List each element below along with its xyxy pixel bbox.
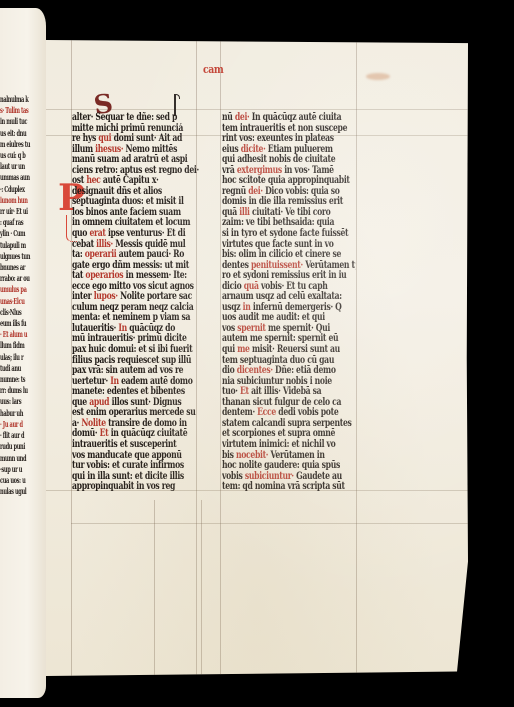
verso-text-line: llum fidm (0, 340, 45, 351)
verso-text-line: rudu puni (0, 441, 45, 452)
rubric-word: apud (89, 397, 109, 408)
ruling-line (201, 500, 202, 676)
text-line: tuo· Et ait illis· Videbā sa (222, 386, 355, 397)
rubric-word: lupos· (94, 291, 118, 302)
verso-text-line: : quaf ras (0, 217, 45, 228)
verso-text-line: clis·Nlus (0, 307, 45, 318)
text-line: que apud illos sunt· Dignus (72, 397, 205, 408)
verso-text-line: tudi anu (0, 363, 45, 374)
verso-text-line: in muli tuc (0, 116, 45, 127)
text-line: los binos ante faciem suam (72, 207, 205, 218)
verso-text-line: rr uir· Et ui (0, 206, 45, 217)
text-line: mū intraueritis· primū dicite (72, 333, 205, 344)
verso-text-line: habur uh (0, 408, 45, 419)
text-line: uertetur· In eadem autē domo (72, 376, 205, 387)
parchment-stain (366, 73, 390, 80)
text-line: domis in die illa remissius erit (222, 196, 355, 207)
rubric-word: quā (244, 281, 259, 292)
text-line: dentes penituissent· Verūtamen ty (222, 260, 355, 271)
rubric-word: dicite· (241, 144, 266, 155)
text-line: quā illi ciuitati· Ve tibi coro (222, 207, 355, 218)
rubric-word: In (110, 376, 119, 387)
running-head: cam (203, 63, 223, 76)
verso-text-line: eum ilis fu (0, 318, 45, 329)
verso-text-line: ulas; ilu r (0, 352, 45, 363)
text-line: culum neqz peram neqz calcia (72, 302, 205, 313)
verso-text-line: unas·Elcu (0, 296, 45, 307)
text-column-left: alter· Sequar te dñe: sed pmitte michi p… (72, 112, 204, 492)
text-line: tem: qd nomina vrā scripta sūt (222, 481, 355, 492)
verso-text-line: munn und (0, 453, 45, 464)
rubric-word: Nolite (81, 418, 105, 429)
rubric-word: ihesus· (95, 144, 123, 155)
verso-text-line: bnunes ar (0, 262, 45, 273)
ruling-line (71, 523, 468, 524)
verso-text-line: ·: Cduplex (0, 184, 45, 195)
text-line: virtutem inimici: et nichil vo (222, 439, 355, 450)
verso-text-line: ulgnues tun (0, 251, 45, 262)
verso-text-line: · Et alum u (0, 329, 45, 340)
rubric-word: erat (89, 228, 105, 239)
rubric-word: extergimus (237, 165, 282, 176)
text-line: ro et sydoni remissius erit in iu (222, 270, 355, 281)
text-line: ta: operarii autem pauci· Ro (72, 249, 205, 260)
text-line: pax huic domui: et si ibi fuerit (72, 344, 205, 355)
verso-text-line: umulus pa (0, 284, 45, 295)
text-line: thanan sicut fulgur de celo ca (222, 397, 355, 408)
text-line: statem calcandi supra serpentes (222, 418, 355, 429)
text-line: qui me misit· Reuersi sunt au (222, 344, 355, 355)
text-line: cebat illis· Messis quidē mul (72, 239, 205, 250)
text-line: qui adhesit nobis de ciuitate (222, 154, 355, 165)
text-line: bis nocebit· Verūtamen in (222, 450, 355, 461)
text-line: vos manducate que apponū (72, 450, 205, 461)
text-line: autem me spernit: spernit eū (222, 333, 355, 344)
rubric-word: Et (240, 386, 249, 397)
text-line: hoc scitote quia appropinquabit (222, 175, 355, 186)
rubric-word: nocebit· (236, 450, 268, 461)
verso-text-block: nalnulma ks· Tulim tas in muli tuc us ei… (0, 94, 45, 497)
verso-text-line: tulapuli m (0, 240, 45, 251)
verso-text-line: nulas ugul (0, 486, 45, 497)
text-line: virtutes que facte sunt in vo (222, 239, 355, 250)
text-line: manū suam ad aratrū et aspi (72, 154, 205, 165)
text-line: filius pacis requiescet sup illū (72, 355, 205, 366)
text-line: zaim: ve tibi bethsaida: quia (222, 217, 355, 228)
text-line: regnū dei· Dico vobis: quia so (222, 186, 355, 197)
rubric-word: operarii (85, 249, 117, 260)
verso-text-line: s· Tulim tas (0, 105, 45, 116)
verso-text-line: cua uos: u (0, 475, 45, 486)
rubric-word: illis· (96, 239, 113, 250)
text-line: menta: et neminem p viam sa (72, 312, 205, 323)
rubric-word: Ecce (257, 407, 276, 418)
text-line: ost hec autē Capitu x· (72, 175, 205, 186)
rubric-word: Et (100, 428, 109, 439)
text-line: arnaum usqz ad celū exaltata: (222, 291, 355, 302)
verso-text-line: ylin · Cum (0, 228, 45, 239)
text-line: in omnem ciuitatem et locum (72, 217, 205, 228)
text-line: tat operarios in messem· Ite: (72, 270, 205, 281)
text-line: uos audit me audit: et qui (222, 312, 355, 323)
rubric-word: dei· (235, 112, 250, 123)
text-line: dio dicentes· Dñe: etiā demo (222, 365, 355, 376)
verso-text-line: iunom hun (0, 195, 45, 206)
text-line: vos spernit me spernit· Qui (222, 323, 355, 334)
text-line: intraueritis et susceperint (72, 439, 205, 450)
verso-text-line: · Ju aur d (0, 419, 45, 430)
verso-text-line: m eiulres tu (0, 139, 45, 150)
rubric-word: hec (86, 175, 100, 186)
verso-text-line: us eit: dnu (0, 128, 45, 139)
text-line: vobis subiciuntur· Gaudete au (222, 471, 355, 482)
verso-text-line: ·sup ur u (0, 464, 45, 475)
rubric-word: qui (98, 133, 111, 144)
text-line: ciens retro: aptus est regno dei· (72, 165, 205, 176)
text-line: et scorpiones et supra omnē (222, 428, 355, 439)
verso-text-line: laut ur un (0, 161, 45, 172)
text-line: qui in illa sunt: et dicite illis (72, 471, 205, 482)
rubric-word: in (243, 302, 251, 313)
verso-text-line: us cui: q b (0, 150, 45, 161)
text-line: inter lupos· Nolite portare sac (72, 291, 205, 302)
rubric-word: dicentes· (237, 365, 273, 376)
text-line: hoc nolite gaudere: quia spūs (222, 460, 355, 471)
verso-page: nalnulma ks· Tulim tas in muli tuc us ei… (0, 8, 46, 698)
verso-text-line: nalnulma k (0, 94, 45, 105)
rubric-word: subiciuntur· (245, 471, 294, 482)
verso-text-line: rr: dums lu (0, 385, 45, 396)
text-line: dentem· Ecce dedi vobis pote (222, 407, 355, 418)
text-line: quo erat ipse venturus· Et di (72, 228, 205, 239)
text-line: designauit dñs et alios (72, 186, 205, 197)
text-line: gate ergo dñm messis: ut mit (72, 260, 205, 271)
rubric-word: In (118, 323, 127, 334)
text-line: dicio quā vobis· Et tu caph (222, 281, 355, 292)
text-line: pax vrā: sin autem ad vos re (72, 365, 205, 376)
text-line: si in tyro et sydone facte fuissēt (222, 228, 355, 239)
text-line: re hys qui domi sunt· Ait ad (72, 133, 205, 144)
verso-text-line: uus: lars (0, 396, 45, 407)
text-line: illum ihesus· Nemo mittēs (72, 144, 205, 155)
text-line: mitte michi primū renunciá (72, 123, 205, 134)
text-line: rint vos: exeuntes in plateas (222, 133, 355, 144)
recto-page: cam S P alter· Sequar te dñe: sed pmitte… (46, 40, 468, 676)
text-line: a· Nolite transire de domo in (72, 418, 205, 429)
rubric-word: illi (239, 207, 249, 218)
text-line: est enim operarius mercede su (72, 407, 205, 418)
text-line: ecce ego mitto vos sicut agnos (72, 281, 205, 292)
text-column-right: nū dei· In quācūqz autē ciuitatem intrau… (222, 112, 355, 492)
text-line: usqz in infernū demergeris· Q (222, 302, 355, 313)
verso-text-line: numne: ts (0, 374, 45, 385)
text-line: eius dicite· Etiam puluerem (222, 144, 355, 155)
text-line: tem intraueritis et non suscepe (222, 123, 355, 134)
text-line: nū dei· In quācūqz autē ciuita (222, 112, 355, 123)
rubric-word: me (237, 344, 249, 355)
text-line: appropinquabit in vos reg (72, 481, 205, 492)
rubric-word: operarios (85, 270, 123, 281)
text-line: alter· Sequar te dñe: sed p (72, 112, 205, 123)
text-line: vrā extergimus in vos· Tamē (222, 165, 355, 176)
verso-text-line: · flit aur d (0, 430, 45, 441)
verso-text-line: ummas aun (0, 172, 45, 183)
rubric-word: penituissent· (251, 260, 303, 271)
text-line: nia subiciuntur nobis i noie (222, 376, 355, 387)
text-line: domū· Et in quācūqz ciuitatē (72, 428, 205, 439)
text-line: tur vobis: et curate infirmos (72, 460, 205, 471)
rubric-word: dei· (248, 186, 263, 197)
text-line: tem septuaginta duo cū gau (222, 355, 355, 366)
ruling-line (154, 500, 155, 676)
text-line: bis: olim in cilicio et cinere se (222, 249, 355, 260)
text-line: lutaueritis· In quācūqz do (72, 323, 205, 334)
verso-text-line: rrabo: ar ou (0, 273, 45, 284)
text-line: manete: edentes et bibentes (72, 386, 205, 397)
rubric-word: spernit (237, 323, 265, 334)
text-line: septuaginta duos: et misit il (72, 196, 205, 207)
